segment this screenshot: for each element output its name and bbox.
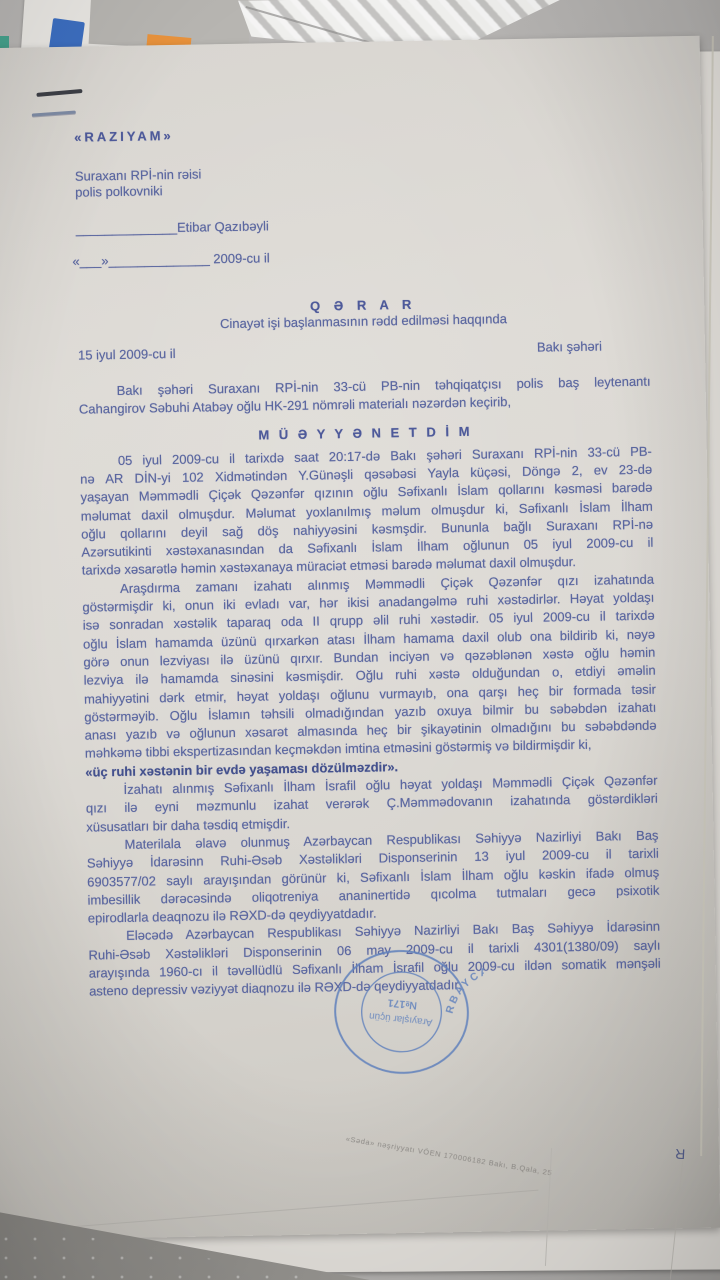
paragraph-incident: 05 iyul 2009-cu il tarixdə saat 20:17-də… (80, 442, 654, 580)
svg-text:AZƏRBAYCAN RESPUBLİKASI: AZƏRBAYCAN RESPUBLİKASI (435, 957, 486, 1089)
paragraph-father-statement: İzahatı alınmış Səfixanlı İlham İsrafil … (85, 772, 658, 837)
decision-city: Bakı şəhəri (537, 338, 602, 357)
stamp-center-line1: Arayışlar üçün (369, 1010, 433, 1028)
document-sheet: «RAZIYAM» Suraxanı RPİ-nin rəisi polis p… (0, 36, 720, 1240)
stamp-center-line2: №171 (387, 996, 417, 1011)
paragraph-mother-statement: Araşdırma zamanı izahatı alınmış Məmmədl… (82, 570, 657, 763)
paragraph-dispensary-1: Materilala əlavə olunmuş Azərbaycan Resp… (86, 827, 660, 928)
photo-of-document: «RAZIYAM» Suraxanı RPİ-nin rəisi polis p… (0, 0, 720, 1280)
document-body: «RAZIYAM» Suraxanı RPİ-nin rəisi polis p… (74, 119, 661, 1001)
stamp-ring-text: AZƏRBAYCAN RESPUBLİKASI (435, 957, 486, 1089)
intro-paragraph: Bakı şəhəri Suraxanı RPİ-nin 33-cü PB-ni… (78, 372, 651, 419)
approval-date-line: «___»______________ 2009-cu il (72, 242, 648, 270)
rotated-r-mark: R (675, 1146, 686, 1163)
date-place-row: 15 iyul 2009-cu il Bakı şəhəri (78, 337, 650, 365)
title-block: Q Ə R A R Cinayət işi başlanmasının rədd… (77, 292, 650, 337)
signature-line: ______________Etibar Qazıbəyli (76, 211, 648, 239)
round-stamp: AZƏRBAYCAN RESPUBLİKASI Arayışlar üçün №… (317, 940, 486, 1089)
body-text: 05 iyul 2009-cu il tarixdə saat 20:17-də… (80, 442, 661, 1001)
decision-date: 15 iyul 2009-cu il (78, 345, 176, 365)
